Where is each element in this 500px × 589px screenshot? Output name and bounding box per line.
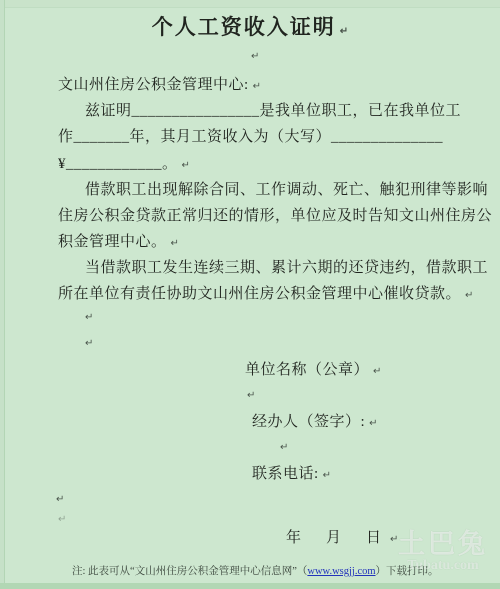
paragraph-mark-icon: ↵ <box>56 494 64 505</box>
line-text: 当借款职工发生连续三期、累计六期的还贷违约，借款职工 <box>85 260 488 276</box>
paragraph-mark-icon: ↵ <box>280 442 288 453</box>
line-text: 作_______年，其月工资收入为（大写）______________ <box>58 129 443 145</box>
line-text: 所在单位有责任协助文山州住房公积金管理中心催收贷款。 <box>58 286 461 302</box>
date-line: 年 月 日↵ <box>286 530 398 548</box>
line-text: ¥____________。 <box>58 156 178 172</box>
paragraph-mark-icon: ↵ <box>465 290 473 301</box>
body-p2-line1: 借款职工出现解除合同、工作调动、死亡、触犯刑律等影响 <box>85 182 488 199</box>
paragraph-mark-icon: ↵ <box>373 366 381 377</box>
line-text: 积金管理中心。 <box>58 234 167 250</box>
line-text: 年 月 日 <box>286 530 386 546</box>
body-p3-line2: 所在单位有责任协助文山州住房公积金管理中心催收贷款。↵ <box>58 286 473 304</box>
addressee-text: 文山州住房公积金管理中心: <box>58 77 249 93</box>
line-text: 住房公积金贷款正常归还的情形，单位应及时告知文山州住房公 <box>58 208 492 224</box>
line-text: 经办人（签字）: <box>252 414 365 430</box>
body-p2-line3: 积金管理中心。↵ <box>58 234 179 252</box>
page-bottom-edge <box>0 583 500 589</box>
certificate-page: 个人工资收入证明↵ ↵ 文山州住房公积金管理中心:↵ 兹证明__________… <box>0 0 500 589</box>
line-text: 单位名称（公章） <box>245 362 369 378</box>
signature-company-line: 单位名称（公章）↵ <box>245 362 381 380</box>
paragraph-mark-icon: ↵ <box>85 312 93 323</box>
line-text: 借款职工出现解除合同、工作调动、死亡、触犯刑律等影响 <box>85 182 488 198</box>
paragraph-mark-icon: ↵ <box>323 470 331 481</box>
body-p1-line2: 作_______年，其月工资收入为（大写）______________ <box>58 129 443 146</box>
paragraph-mark-icon: ↵ <box>247 390 255 401</box>
body-p1-line3: ¥____________。↵ <box>58 156 190 174</box>
body-p3-line1: 当借款职工发生连续三期、累计六期的还贷违约，借款职工 <box>85 260 488 277</box>
footnote: 注: 此表可从“文山州住房公积金管理中心信息网”（www.wsgjj.com）下… <box>72 563 439 580</box>
footnote-prefix: 注: 此表可从“文山州住房公积金管理中心信息网”（ <box>72 566 307 577</box>
addressee-line: 文山州住房公积金管理中心:↵ <box>58 77 261 95</box>
signature-agent-line: 经办人（签字）:↵ <box>252 414 378 432</box>
paragraph-mark-icon: ↵ <box>171 238 179 249</box>
body-p2-line2: 住房公积金贷款正常归还的情形，单位应及时告知文山州住房公 <box>58 208 492 225</box>
page-left-edge <box>0 0 5 589</box>
paragraph-mark-icon: ↵ <box>85 338 93 349</box>
body-p1-line1: 兹证明________________是我单位职工，已在我单位工 <box>85 103 461 120</box>
paragraph-mark-icon: ↵ <box>251 51 259 62</box>
paragraph-mark-icon: ↵ <box>182 160 190 171</box>
watermark-logo-cn: 土巴兔 <box>388 522 498 561</box>
footnote-suffix: ）下载打印。 <box>376 566 439 577</box>
page-top-edge <box>0 0 500 8</box>
page-title: 个人工资收入证明 <box>152 15 336 39</box>
signature-phone-line: 联系电话:↵ <box>252 466 331 484</box>
paragraph-mark-icon: ↵ <box>340 26 348 37</box>
line-text: 兹证明________________是我单位职工，已在我单位工 <box>85 103 461 119</box>
footnote-link[interactable]: www.wsgjj.com <box>307 566 375 577</box>
paragraph-mark-icon: ↵ <box>253 81 261 92</box>
paragraph-mark-icon: ↵ <box>390 534 398 545</box>
paragraph-mark-icon: ↵ <box>58 514 66 525</box>
page-title-line: 个人工资收入证明↵ <box>0 19 500 40</box>
paragraph-mark-icon: ↵ <box>369 418 377 429</box>
line-text: 联系电话: <box>252 466 319 482</box>
